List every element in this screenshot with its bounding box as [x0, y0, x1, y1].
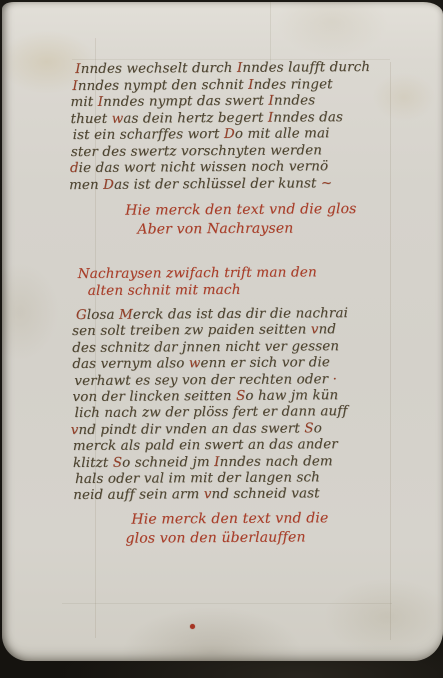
manuscript-text-line: sen solt treiben zw paiden seitten vnd: [72, 323, 348, 341]
manuscript-text-line: mit Inndes nympt das swert Inndes: [70, 93, 370, 112]
rubricated-letter: G: [76, 308, 87, 323]
rubricated-letter: D: [103, 177, 114, 192]
manuscript-text-line: alten schnit mit mach: [88, 281, 317, 300]
rubricated-letter: v: [71, 423, 79, 438]
rubricated-letter: ·: [333, 372, 338, 387]
manuscript-text-line: merck als pald ein swert an das ander: [73, 437, 349, 455]
manuscript-text-line: Inndes nympt den schnit Indes ringet: [72, 76, 370, 95]
manuscript-text-line: Inndes wechselt durch Inndes laufft durc…: [75, 60, 370, 79]
rubricated-letter: w: [112, 111, 124, 126]
manuscript-text-line: lich nach zw der plöss fert er dann auff: [75, 405, 349, 423]
manuscript-text-line: verhawt es sey von der rechten oder ·: [74, 372, 348, 390]
rubric-nachreisen: Hie merck den text vnd die glosAber von …: [125, 200, 357, 239]
manuscript-page: Inndes wechselt durch Inndes laufft durc…: [2, 2, 443, 661]
manuscript-text-line: Glosa Merck das ist das dir die nachrai: [76, 306, 348, 324]
manuscript-text-line: ist ein scharffes wort Do mit alle mai: [73, 126, 371, 145]
manuscript-text-line: ster des swertz vorschnyten werden: [71, 142, 371, 161]
manuscript-text-line: des schnitz dar jnnen nicht ver gessen: [72, 339, 348, 357]
manuscript-text-line: thuet was dein hertz begert Inndes das: [71, 109, 371, 128]
manuscript-text-line: men Das ist der schlüssel der kunst ~: [69, 175, 371, 194]
manuscript-text-line: Aber von Nachraysen: [137, 219, 356, 239]
manuscript-text-line: neid auff sein arm vnd schneid vast: [73, 487, 349, 505]
rubricated-letter: v: [311, 323, 319, 338]
manuscript-text-line: Hie merck den text vnd die: [131, 509, 328, 529]
rubricated-letter: d: [70, 161, 79, 176]
red-dot: [190, 624, 195, 629]
manuscript-text-line: glos von den überlauffen: [125, 528, 328, 548]
rubricated-letter: M: [119, 308, 133, 323]
manuscript-text-line: das vernym also wenn er sich vor die: [72, 355, 348, 373]
manuscript-text-line: Nachraysen zwifach trift man den: [78, 264, 317, 283]
rubricated-letter: D: [224, 127, 235, 142]
manuscript-text-line: vnd pindt dir vnden an das swert So: [71, 421, 349, 439]
photo-background: Inndes wechselt durch Inndes laufft durc…: [0, 0, 443, 678]
text-layer: Inndes wechselt durch Inndes laufft durc…: [0, 0, 443, 662]
manuscript-text-line: hals oder val im mit der langen sch: [75, 470, 349, 488]
rubricated-letter: S: [113, 455, 122, 470]
manuscript-text-line: Hie merck den text vnd die glos: [125, 200, 356, 220]
rubricated-letter: w: [189, 356, 201, 371]
manuscript-text-line: von der lincken seitten So haw jm kün: [72, 388, 348, 406]
glosa-nachreisen: Glosa Merck das ist das dir die nachrais…: [72, 306, 349, 505]
verse-indes: Inndes wechselt durch Inndes laufft durc…: [72, 60, 371, 194]
manuscript-text-line: klitzt So schneid jm Inndes nach dem: [73, 454, 349, 472]
rubricated-letter: S: [236, 389, 245, 404]
rubric-ueberlauffen: Hie merck den text vnd dieglos von den ü…: [131, 509, 328, 548]
rubricated-letter: ~: [321, 176, 332, 191]
rubricated-letter: S: [304, 421, 313, 436]
verse-nachreisen: Nachraysen zwifach trift man denalten sc…: [78, 264, 317, 300]
